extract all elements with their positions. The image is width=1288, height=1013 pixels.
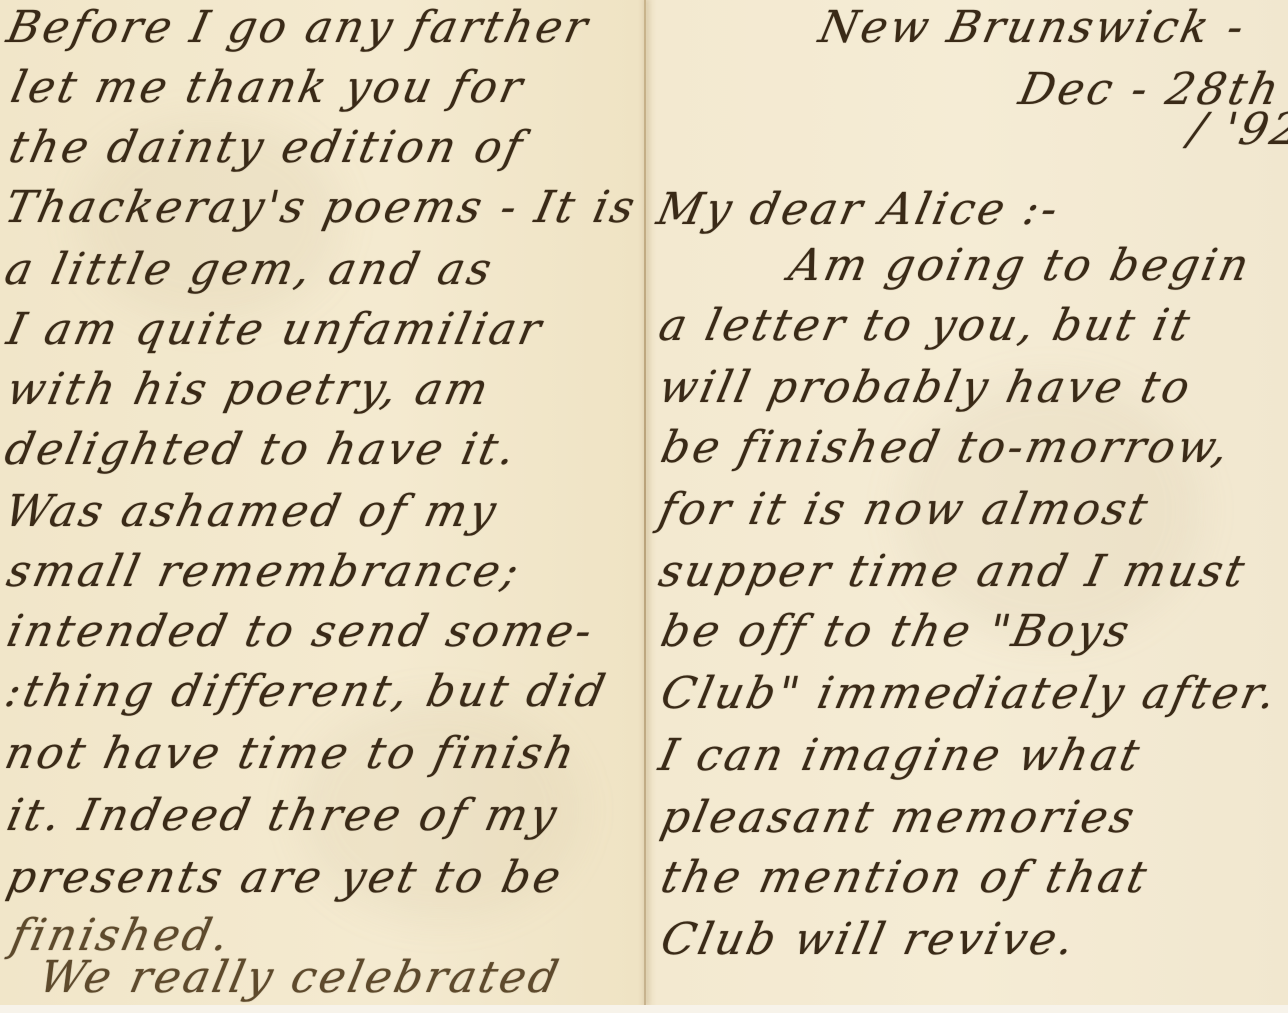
left-line-17: We really celebrated [35,952,566,1003]
right-line-10: pleasant memories [657,792,1142,843]
year-heading: / '92 [1185,104,1288,155]
left-page: Before I go any farther let me thank you… [0,0,640,1005]
left-line-14: it. Indeed three of my [3,790,564,841]
right-line-1: Am going to begin [785,240,1256,291]
right-line-4: be finished to-morrow, [657,422,1236,473]
left-line-3: the dainty edition of [5,122,530,173]
scan-border [0,1005,1288,1013]
right-line-9: I can imagine what [655,730,1147,781]
left-line-4: Thackeray's poems - It is [1,182,642,233]
left-line-8: delighted to have it. [1,424,523,475]
right-line-12: Club will revive. [657,914,1082,965]
left-line-1: Before I go any farther [3,2,595,53]
letter-sheet: Before I go any farther let me thank you… [0,0,1288,1005]
left-line-11: intended to send some- [3,606,600,657]
right-line-8: Club" immediately after. [657,668,1283,719]
left-line-10: small remembrance; [3,546,526,597]
left-line-12: :thing different, but did [1,666,613,717]
left-line-15: presents are yet to be [3,852,569,903]
center-fold [644,0,646,1005]
left-line-9: Was ashamed of my [1,486,504,537]
left-line-5: a little gem, and as [1,244,499,295]
left-line-7: with his poetry, am [3,364,496,415]
right-page: New Brunswick - Dec - 28th / '92 My dear… [650,0,1288,1005]
left-line-6: I am quite unfamiliar [3,304,549,355]
right-line-3: will probably have to [655,362,1198,413]
left-line-2: let me thank you for [7,62,530,113]
left-line-13: not have time to finish [1,728,582,779]
right-line-11: the mention of that [657,852,1154,903]
right-line-6: supper time and I must [655,546,1252,597]
salutation: My dear Alice :- [653,184,1065,235]
right-line-2: a letter to you, but it [655,300,1197,351]
right-line-5: for it is now almost [655,484,1155,535]
place-heading: New Brunswick - [815,2,1252,53]
right-line-7: be off to the "Boys [657,606,1137,657]
